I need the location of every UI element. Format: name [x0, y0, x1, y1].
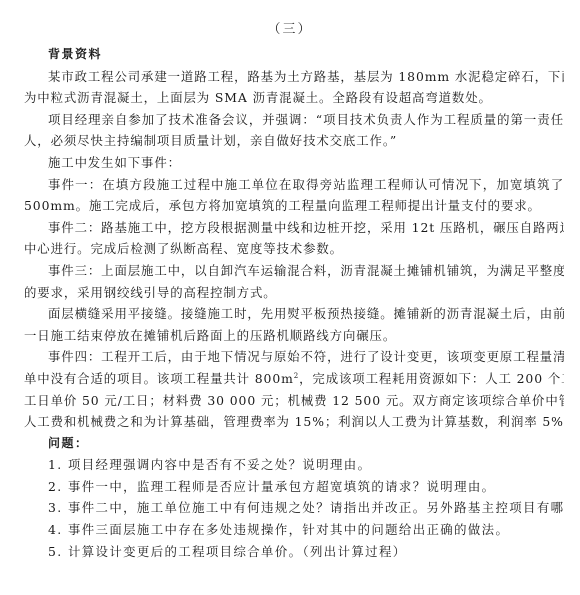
events-intro: 施工中发生如下事件：	[24, 152, 564, 174]
background-heading: 背景资料	[24, 44, 564, 66]
question-2: 2. 事件一中，监理工程师是否应计量承包方超宽填筑的请求？说明理由。	[24, 476, 564, 498]
event-4-line-4: 人工费和机械费之和为计算基础，管理费率为 15%；利润以人工费为计算基数，利润率…	[24, 411, 564, 433]
event-4-line-2: 单中没有合适的项目。该项工程量共计 800m2，完成该项工程耗用资源如下：人工 …	[24, 368, 564, 390]
event-1-line-2: 500mm。施工完成后，承包方将加宽填筑的工程量向监理工程师提出计量支付的要求。	[24, 195, 564, 217]
question-4: 4. 事件三面层施工中存在多处违规操作，针对其中的问题给出正确的做法。	[24, 519, 564, 541]
event-4-line-1: 事件四：工程开工后，由于地下情况与原始不符，进行了设计变更，该项变更原工程量清	[24, 346, 564, 368]
background-paragraph-2-line-1: 项目经理亲自参加了技术准备会议，并强调：“项目技术负责人作为工程质量的第一责任	[24, 109, 564, 131]
event-3-line-1: 事件三：上面层施工中，以自卸汽车运输混合料，沥青混凝土摊铺机铺筑，为满足平整度	[24, 260, 564, 282]
question-1: 1. 项目经理强调内容中是否有不妥之处？说明理由。	[24, 454, 564, 476]
question-5: 5. 计算设计变更后的工程项目综合单价。（列出计算过程）	[24, 541, 564, 563]
event-1-line-1: 事件一：在填方段施工过程中施工单位在取得旁站监理工程师认可情况下，加宽填筑了	[24, 174, 564, 196]
background-paragraph-2-line-2: 人，必须尽快主持编制项目质量计划，亲自做好技术交底工作。”	[24, 130, 564, 152]
joint-paragraph-line-1: 面层横缝采用平接缝。接缝施工时，先用熨平板预热接缝。摊铺新的沥青混凝土后，由前	[24, 303, 564, 325]
background-paragraph-1-line-2: 为中粒式沥青混凝土，上面层为 SMA 沥青混凝土。全路段有设超高弯道数处。	[24, 87, 564, 109]
exam-page: （三） 背景资料 某市政工程公司承建一道路工程，路基为土方路基，基层为 180m…	[0, 0, 580, 595]
section-title: （三）	[0, 21, 580, 39]
event-4-line-3: 工日单价 50 元/工日；材料费 30 000 元；机械费 12 500 元。双…	[24, 390, 564, 412]
event-2-line-1: 事件二：路基施工中，挖方段根据测量中线和边桩开挖，采用 12t 压路机，碾压自路…	[24, 217, 564, 239]
questions-heading: 问题：	[24, 433, 564, 455]
background-paragraph-1-line-1: 某市政工程公司承建一道路工程，路基为土方路基，基层为 180mm 水泥稳定碎石，…	[24, 66, 564, 88]
joint-paragraph-line-2: 一日施工结束停放在摊铺机后路面上的压路机顺路线方向碾压。	[24, 325, 564, 347]
event-2-line-2: 中心进行。完成后检测了纵断高程、宽度等技术参数。	[24, 238, 564, 260]
event-4-line-2-part-b: ，完成该项工程耗用资源如下：人工 200 个工日，	[299, 371, 564, 386]
event-3-line-2: 的要求，采用钢绞线引导的高程控制方式。	[24, 282, 564, 304]
document-body: 背景资料 某市政工程公司承建一道路工程，路基为土方路基，基层为 180mm 水泥…	[24, 44, 564, 562]
question-3: 3. 事件二中，施工单位施工中有何违规之处？请指出并改正。另外路基主控项目有哪些…	[24, 497, 564, 519]
event-4-line-2-part-a: 单中没有合适的项目。该项工程量共计 800m	[24, 371, 294, 386]
